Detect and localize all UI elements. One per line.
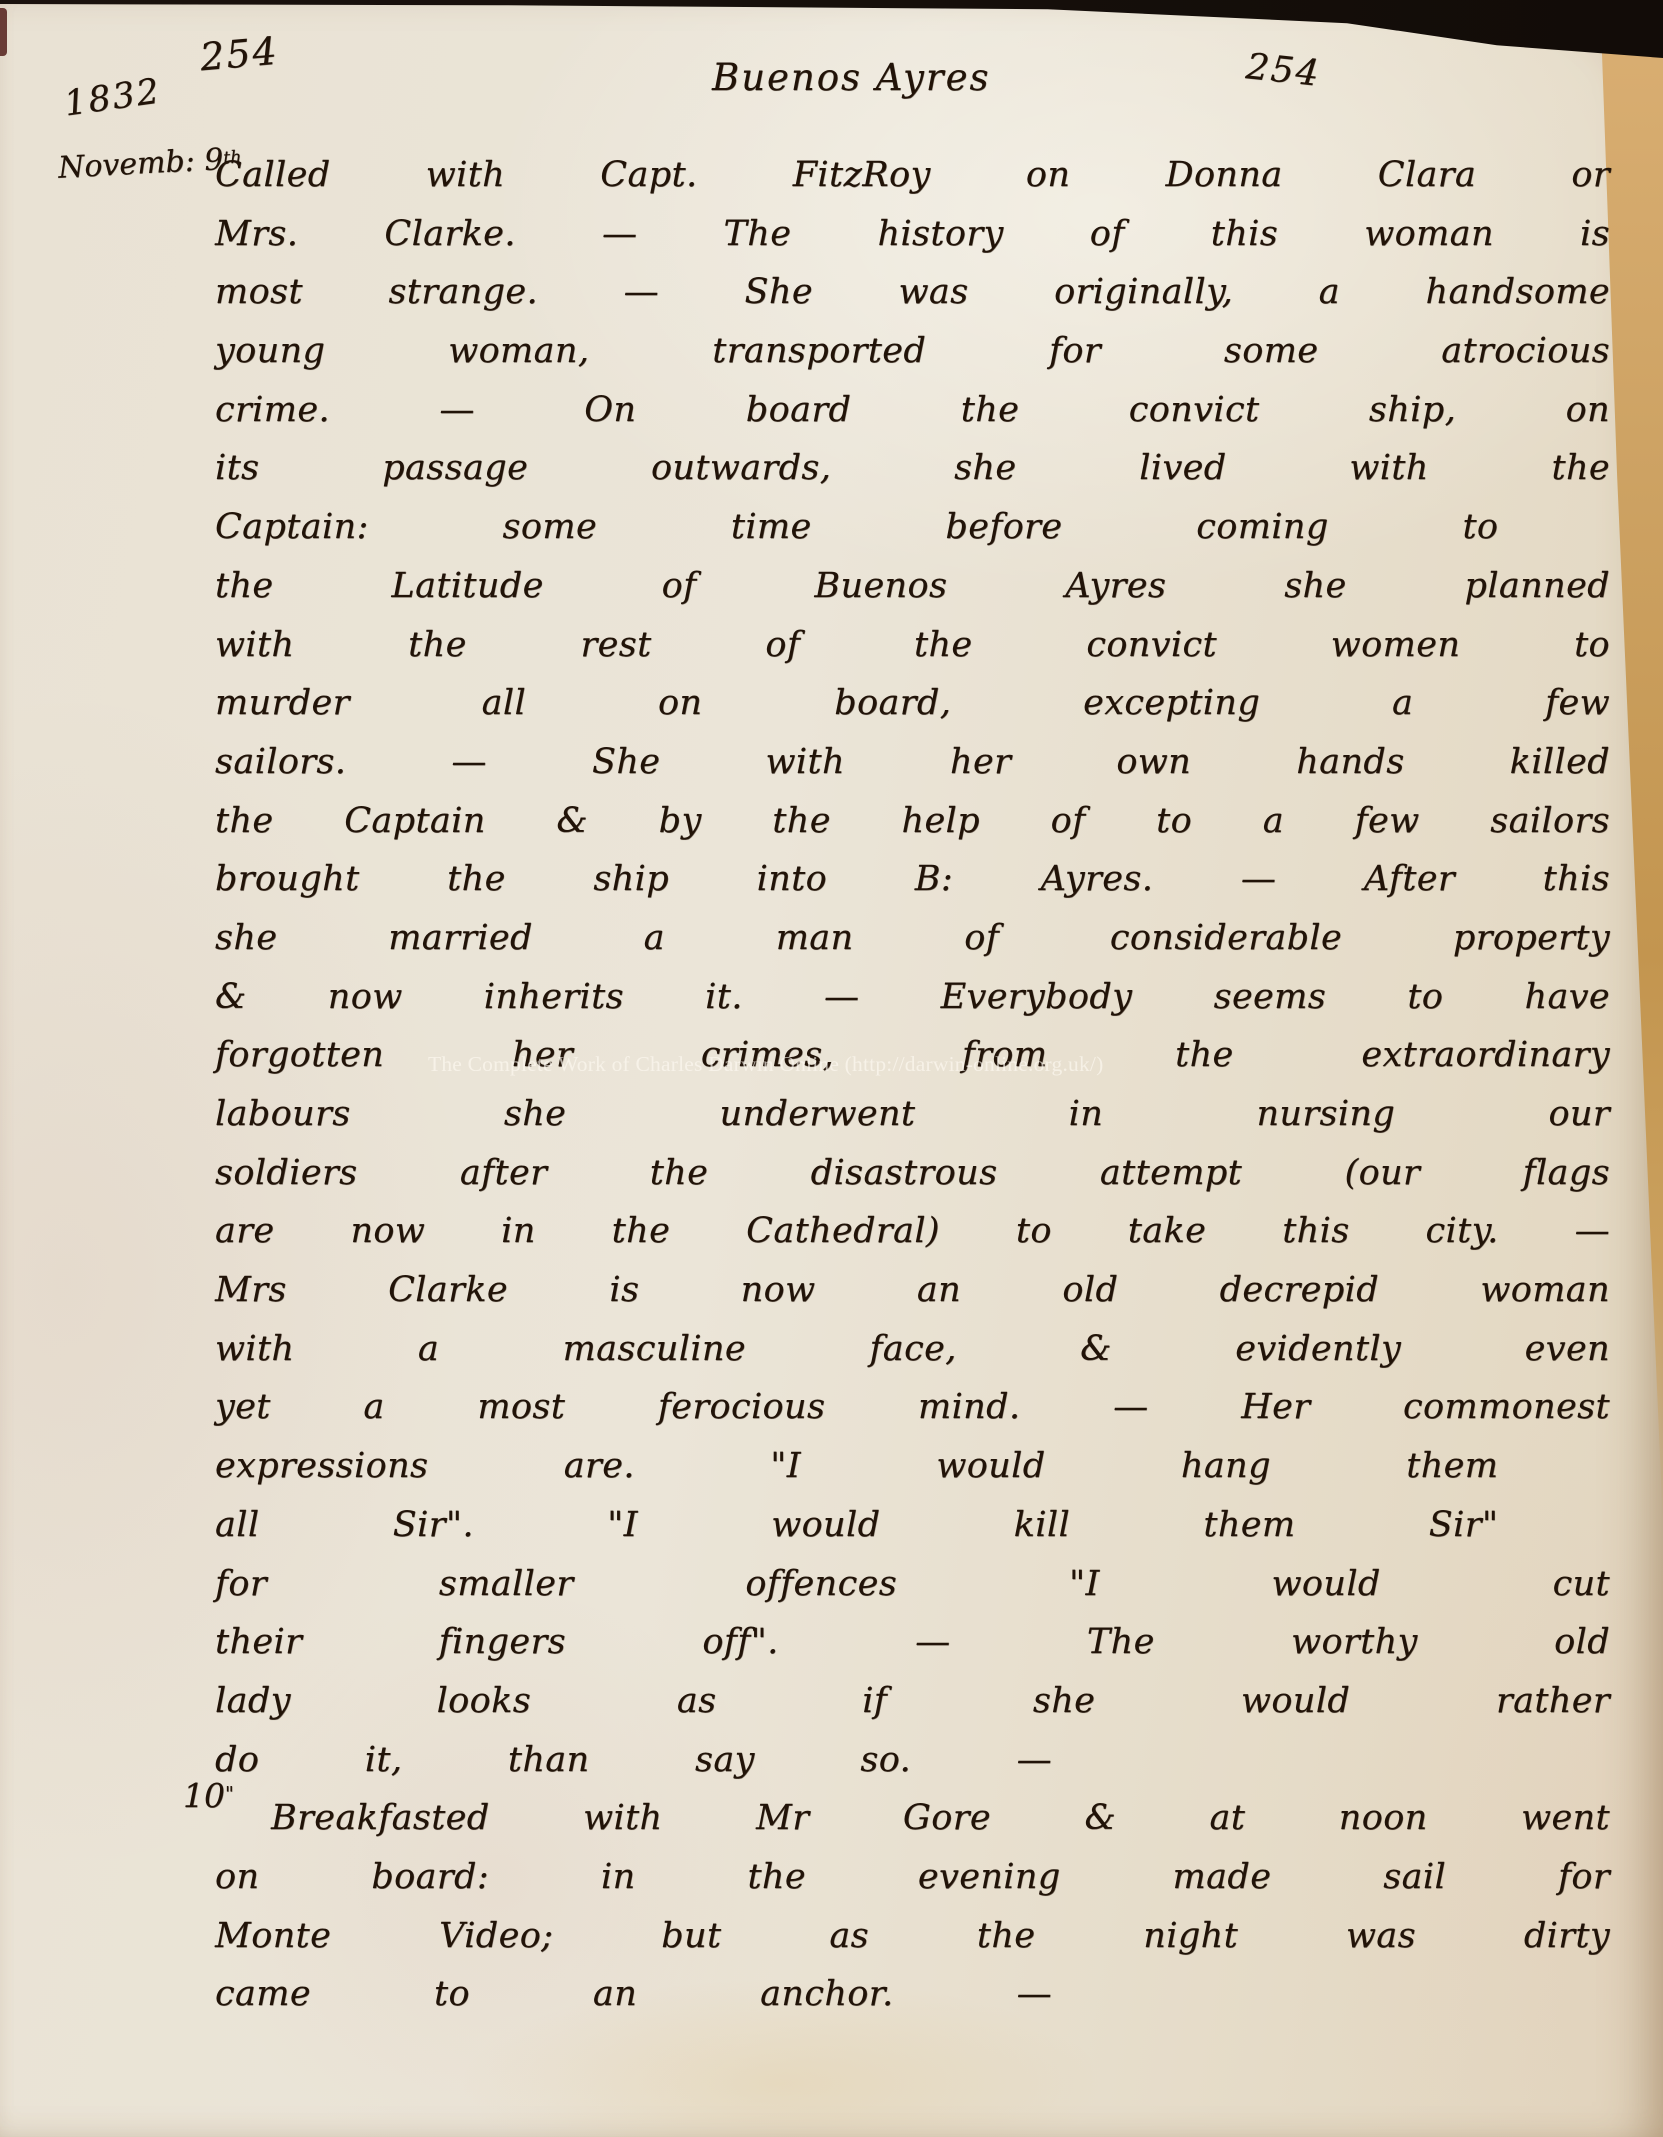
manuscript-line: its passage outwards, she lived with the: [215, 439, 1610, 498]
manuscript-line: murder all on board, excepting a few: [215, 674, 1610, 733]
manuscript-line: Monte Video; but as the night was dirty: [215, 1907, 1610, 1966]
manuscript-line: lady looks as if she would rather: [215, 1672, 1610, 1731]
manuscript-line: sailors. — She with her own hands killed: [215, 733, 1610, 792]
manuscript-line: most strange. — She was originally, a ha…: [215, 263, 1610, 322]
manuscript-line: the Captain & by the help of to a few sa…: [215, 792, 1610, 851]
manuscript-line: are now in the Cathedral) to take this c…: [215, 1202, 1610, 1261]
page-number-left: 254: [198, 29, 280, 80]
manuscript-line: for smaller offences "I would cut: [215, 1555, 1610, 1614]
manuscript-line: yet a most ferocious mind. — Her commone…: [215, 1378, 1610, 1437]
manuscript-line: expressions are. "I would hang them: [215, 1437, 1498, 1496]
manuscript-line: the Latitude of Buenos Ayres she planned: [215, 557, 1610, 616]
corner-mark: [0, 8, 7, 56]
manuscript-line: labours she underwent in nursing our: [215, 1085, 1610, 1144]
manuscript-line: & now inherits it. — Everybody seems to …: [215, 968, 1610, 1027]
manuscript-line: on board: in the evening made sail for: [215, 1848, 1610, 1907]
diary-entry-text: Called with Capt. FitzRoy on Donna Clara…: [215, 146, 1610, 2024]
page-number-right: 254: [1244, 46, 1323, 95]
manuscript-line: Breakfasted with Mr Gore & at noon went: [215, 1789, 1610, 1848]
manuscript-line: came to an anchor. —: [215, 1965, 1052, 2024]
manuscript-line: Mrs. Clarke. — The history of this woman…: [215, 205, 1610, 264]
page-title: Buenos Ayres: [712, 56, 990, 99]
manuscript-line: their fingers off". — The worthy old: [215, 1613, 1610, 1672]
manuscript-line: young woman, transported for some atroci…: [215, 322, 1610, 381]
manuscript-line: with the rest of the convict women to: [215, 616, 1610, 675]
manuscript-line: she married a man of considerable proper…: [215, 909, 1610, 968]
manuscript-line: crime. — On board the convict ship, on: [215, 381, 1610, 440]
manuscript-line: Mrs Clarke is now an old decrepid woman: [215, 1261, 1610, 1320]
manuscript-line: with a masculine face, & evidently even: [215, 1320, 1610, 1379]
manuscript-line: brought the ship into B: Ayres. — After …: [215, 850, 1610, 909]
manuscript-line: do it, than say so. —: [215, 1731, 1052, 1790]
watermark: The Complete Work of Charles Darwin Onli…: [428, 1052, 1103, 1077]
manuscript-line: Captain: some time before coming to: [215, 498, 1498, 557]
manuscript-line: all Sir". "I would kill them Sir": [215, 1496, 1498, 1555]
manuscript-line: Called with Capt. FitzRoy on Donna Clara…: [215, 146, 1610, 205]
manuscript-line: soldiers after the disastrous attempt (o…: [215, 1144, 1610, 1203]
